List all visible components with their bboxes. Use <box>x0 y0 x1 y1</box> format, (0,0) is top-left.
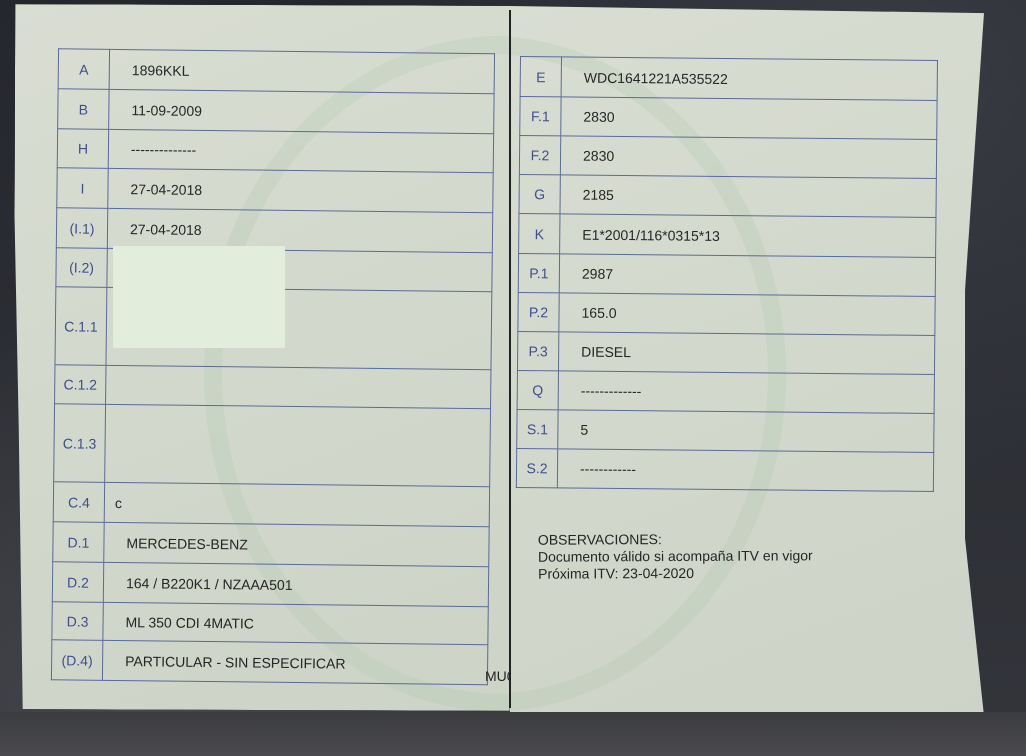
table-row: E WDC1641221A535522 <box>520 57 937 101</box>
field-value: 27-04-2018 <box>108 168 493 212</box>
field-code: P.1 <box>518 253 559 292</box>
field-value-fuel: DIESEL <box>558 332 934 375</box>
table-row: D.1 MERCEDES-BENZ <box>53 522 489 567</box>
table-row: F.2 2830 <box>519 136 936 179</box>
field-value <box>105 404 491 486</box>
field-code: K <box>519 213 560 253</box>
table-row: H -------------- <box>57 129 493 173</box>
field-value-make: MERCEDES-BENZ <box>104 522 489 566</box>
document-right-page: E WDC1641221A535522 F.1 2830 F.2 2830 G … <box>510 6 984 716</box>
field-value: -------------- <box>108 129 493 172</box>
page-fold <box>509 10 511 708</box>
field-value-type: 164 / B220K1 / NZAAA501 <box>103 562 488 606</box>
table-row: P.3 DIESEL <box>517 331 934 374</box>
field-code: H <box>57 129 108 169</box>
table-row: C.1.2 <box>55 365 491 409</box>
table-row: P.1 2987 <box>518 253 935 296</box>
table-row: K E1*2001/116*0315*13 <box>519 213 936 257</box>
field-code: C.1.2 <box>55 365 106 405</box>
table-row: B 11-09-2009 <box>58 89 494 134</box>
field-code: F.1 <box>520 97 561 136</box>
field-code: I <box>57 168 108 209</box>
field-code: D.2 <box>52 562 103 603</box>
field-value <box>106 365 491 408</box>
observations-title: OBSERVACIONES: <box>538 530 813 548</box>
field-value-power: 165.0 <box>559 293 935 336</box>
table-row: S.2 ------------ <box>516 448 933 491</box>
table-row: D.3 ML 350 CDI 4MATIC <box>52 602 488 645</box>
field-value-type-approval: E1*2001/116*0315*13 <box>560 214 936 258</box>
field-value-displacement: 2987 <box>559 254 935 297</box>
field-code: (D.4) <box>51 640 102 681</box>
field-value: 2185 <box>560 175 936 218</box>
field-value-model: ML 350 CDI 4MATIC <box>103 602 488 644</box>
field-code: P.2 <box>518 292 559 331</box>
observations-line: Documento válido si acompaña ITV en vigo… <box>538 547 813 565</box>
next-inspection-date: Próxima ITV: 23-04-2020 <box>538 564 813 582</box>
field-value: 2830 <box>560 136 936 179</box>
right-registration-table: E WDC1641221A535522 F.1 2830 F.2 2830 G … <box>516 56 938 492</box>
redaction-box <box>113 246 285 348</box>
table-row: G 2185 <box>519 174 936 217</box>
field-code: (I.1) <box>56 208 107 249</box>
field-value-plate: 1896KKL <box>109 49 494 93</box>
field-code: (I.2) <box>56 248 107 288</box>
table-row: I 27-04-2018 <box>57 168 493 213</box>
field-code: E <box>520 57 561 97</box>
field-value: c <box>104 482 489 526</box>
background-surface-bottom <box>0 712 1026 756</box>
observations-block: OBSERVACIONES: Documento válido si acomp… <box>538 530 813 582</box>
field-value-vin: WDC1641221A535522 <box>561 57 937 101</box>
field-code: D.3 <box>52 602 103 641</box>
field-value-use: PARTICULAR - SIN ESPECIFICAR <box>102 640 487 684</box>
field-code: C.1.1 <box>55 287 107 366</box>
field-code: P.3 <box>517 331 558 370</box>
table-row: P.2 165.0 <box>518 292 935 335</box>
field-value-seats: 5 <box>558 410 934 453</box>
table-row: C.1.3 <box>54 404 491 487</box>
field-value: ------------- <box>558 371 934 414</box>
table-row: Q ------------- <box>517 370 934 413</box>
field-value: ------------ <box>557 449 933 492</box>
field-code: G <box>519 174 560 213</box>
left-registration-table: A 1896KKL B 11-09-2009 H -------------- … <box>51 48 495 685</box>
table-row: S.1 5 <box>517 409 934 452</box>
field-value-first-registration: 11-09-2009 <box>109 89 494 133</box>
table-row: D.2 164 / B220K1 / NZAAA501 <box>52 562 488 607</box>
field-code: A <box>58 49 109 90</box>
table-row: C.4 c <box>53 482 489 527</box>
field-code: C.4 <box>53 482 104 523</box>
field-code: D.1 <box>53 522 104 563</box>
field-code: S.2 <box>516 448 557 487</box>
table-row: F.1 2830 <box>520 97 937 140</box>
table-row: (D.4) PARTICULAR - SIN ESPECIFICAR <box>51 640 487 685</box>
field-code: S.1 <box>517 409 558 448</box>
document-left-page: A 1896KKL B 11-09-2009 H -------------- … <box>13 4 512 711</box>
field-code: F.2 <box>519 136 560 175</box>
field-code: Q <box>517 370 558 409</box>
field-code: C.1.3 <box>54 404 106 483</box>
field-value: 2830 <box>561 97 937 140</box>
table-row: A 1896KKL <box>58 49 494 94</box>
field-code: B <box>58 89 109 130</box>
